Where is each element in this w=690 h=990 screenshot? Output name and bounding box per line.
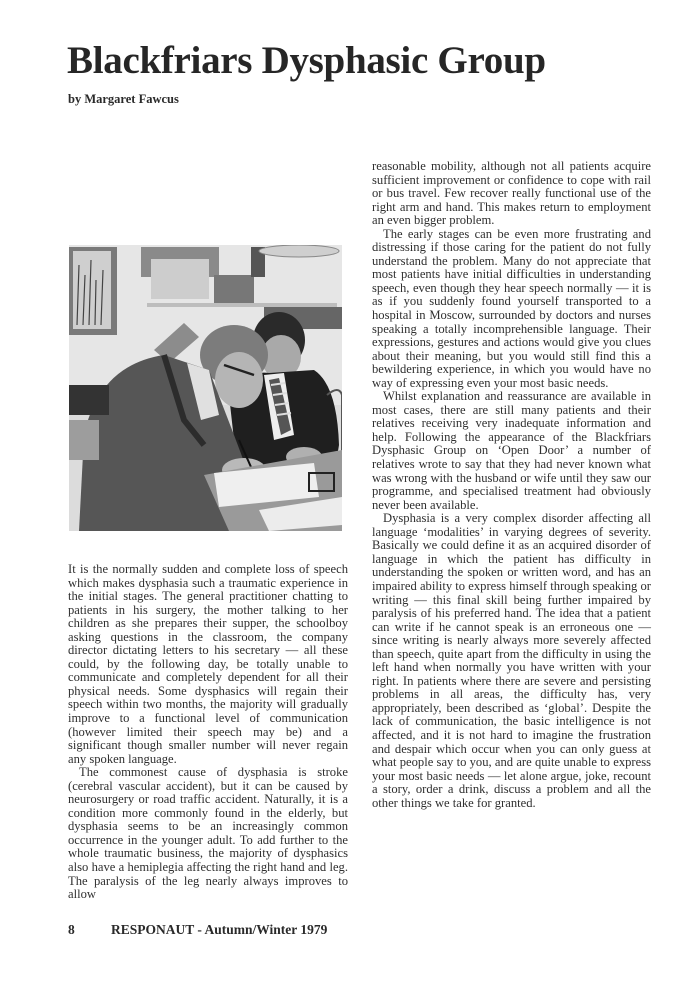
paragraph: The commonest cause of dysphasia is stro… — [68, 766, 348, 901]
article-title: Blackfriars Dysphasic Group — [67, 38, 546, 83]
paragraph: Dysphasia is a very complex disorder aff… — [372, 512, 651, 810]
paragraph: Whilst explanation and reassurance are a… — [372, 390, 651, 512]
paragraph: The early stages can be even more frustr… — [372, 228, 651, 391]
page-number: 8 — [68, 922, 111, 938]
publication-name: RESPONAUT - Autumn/Winter 1979 — [111, 922, 327, 938]
page-footer: 8 RESPONAUT - Autumn/Winter 1979 — [68, 922, 327, 938]
article-byline: by Margaret Fawcus — [68, 92, 179, 107]
paragraph: It is the normally sudden and complete l… — [68, 563, 348, 766]
paragraph: reasonable mobility, although not all pa… — [372, 160, 651, 228]
article-photo — [69, 245, 342, 531]
left-column: It is the normally sudden and complete l… — [68, 563, 348, 902]
right-column: reasonable mobility, although not all pa… — [372, 160, 651, 810]
photo-two-men-writing-image — [69, 245, 342, 531]
